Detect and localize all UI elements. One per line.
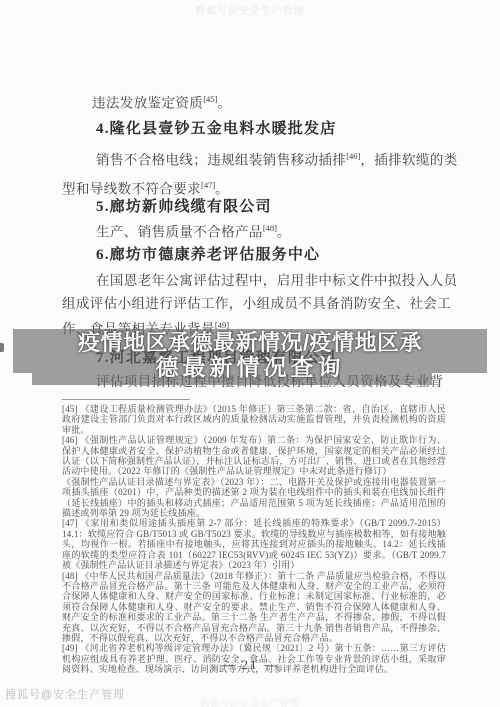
overlay-banner-title[interactable]: 疫情地区承德最新情况/疫情地区承 德最新情况查询 xyxy=(0,331,500,379)
body-line: 违法发放鉴定资质[45]。 xyxy=(92,95,231,110)
section-heading-6: 6.廊坊市德康养老评估服务中心 xyxy=(96,248,320,263)
scan-artifact xyxy=(0,343,4,352)
footnote-45: [45] 《建设工程质量检测管理办法》（2015 年修正）第三条第二款：省、自治… xyxy=(62,404,446,435)
footnote-46: [46] 《强制性产品认证管理规定》（2009 年发布）第二条：为保护国家安全、… xyxy=(62,435,446,477)
body-line: 销售不合格电线；违规组装销售移动插排[46]，插排软缆的类 xyxy=(96,152,458,167)
footnote-separator-rule xyxy=(62,399,190,400)
overlay-banner-title-line1: 疫情地区承德最新情况/疫情地区承 xyxy=(0,331,500,355)
overlay-banner-title-line2: 德最新情况查询 xyxy=(0,355,500,379)
footnote-47: [47] 《家用和类似用途插头插座第 2-7 部分：延长线插座的特殊要求》（GB… xyxy=(62,518,446,570)
page-number: — 21 — xyxy=(0,657,500,673)
watermark-top: 搜狐号@安全生产管理 xyxy=(0,2,500,17)
body-line: 型和导线数不符合要求[47]。 xyxy=(62,181,229,196)
footnote-46-continued: 《强制性产品认证目录描述与界定表》（2023 年）：二、电路开关及保护或连接用电… xyxy=(62,477,446,519)
body-line: 生产、销售质量不合格产品[48]。 xyxy=(96,224,291,239)
watermark-bottom-left: 搜狐号@安全生产管理 xyxy=(5,686,125,702)
document-page: 搜狐号@安全生产管理 违法发放鉴定资质[45]。 4.隆化县壹钞五金电料水暖批发… xyxy=(0,0,500,707)
footnotes-block: [45] 《建设工程质量检测管理办法》（2015 年修正）第三条第二款：省、自治… xyxy=(62,404,446,675)
footnote-48: [48] 《中华人民共和国产品质量法》（2018 年修正）：第十二条 产品质量应… xyxy=(62,571,446,644)
section-heading-4: 4.隆化县壹钞五金电料水暖批发店 xyxy=(96,122,336,137)
section-heading-5: 5.廊坊新帅线缆有限公司 xyxy=(96,200,272,215)
body-line: 在国恩老年公寓评估过程中，启用非中标文件中拟投入人员 xyxy=(96,274,457,288)
body-line: 组成评估小组进行评估工作，小组成员不具备消防安全、社会工 xyxy=(62,297,451,311)
